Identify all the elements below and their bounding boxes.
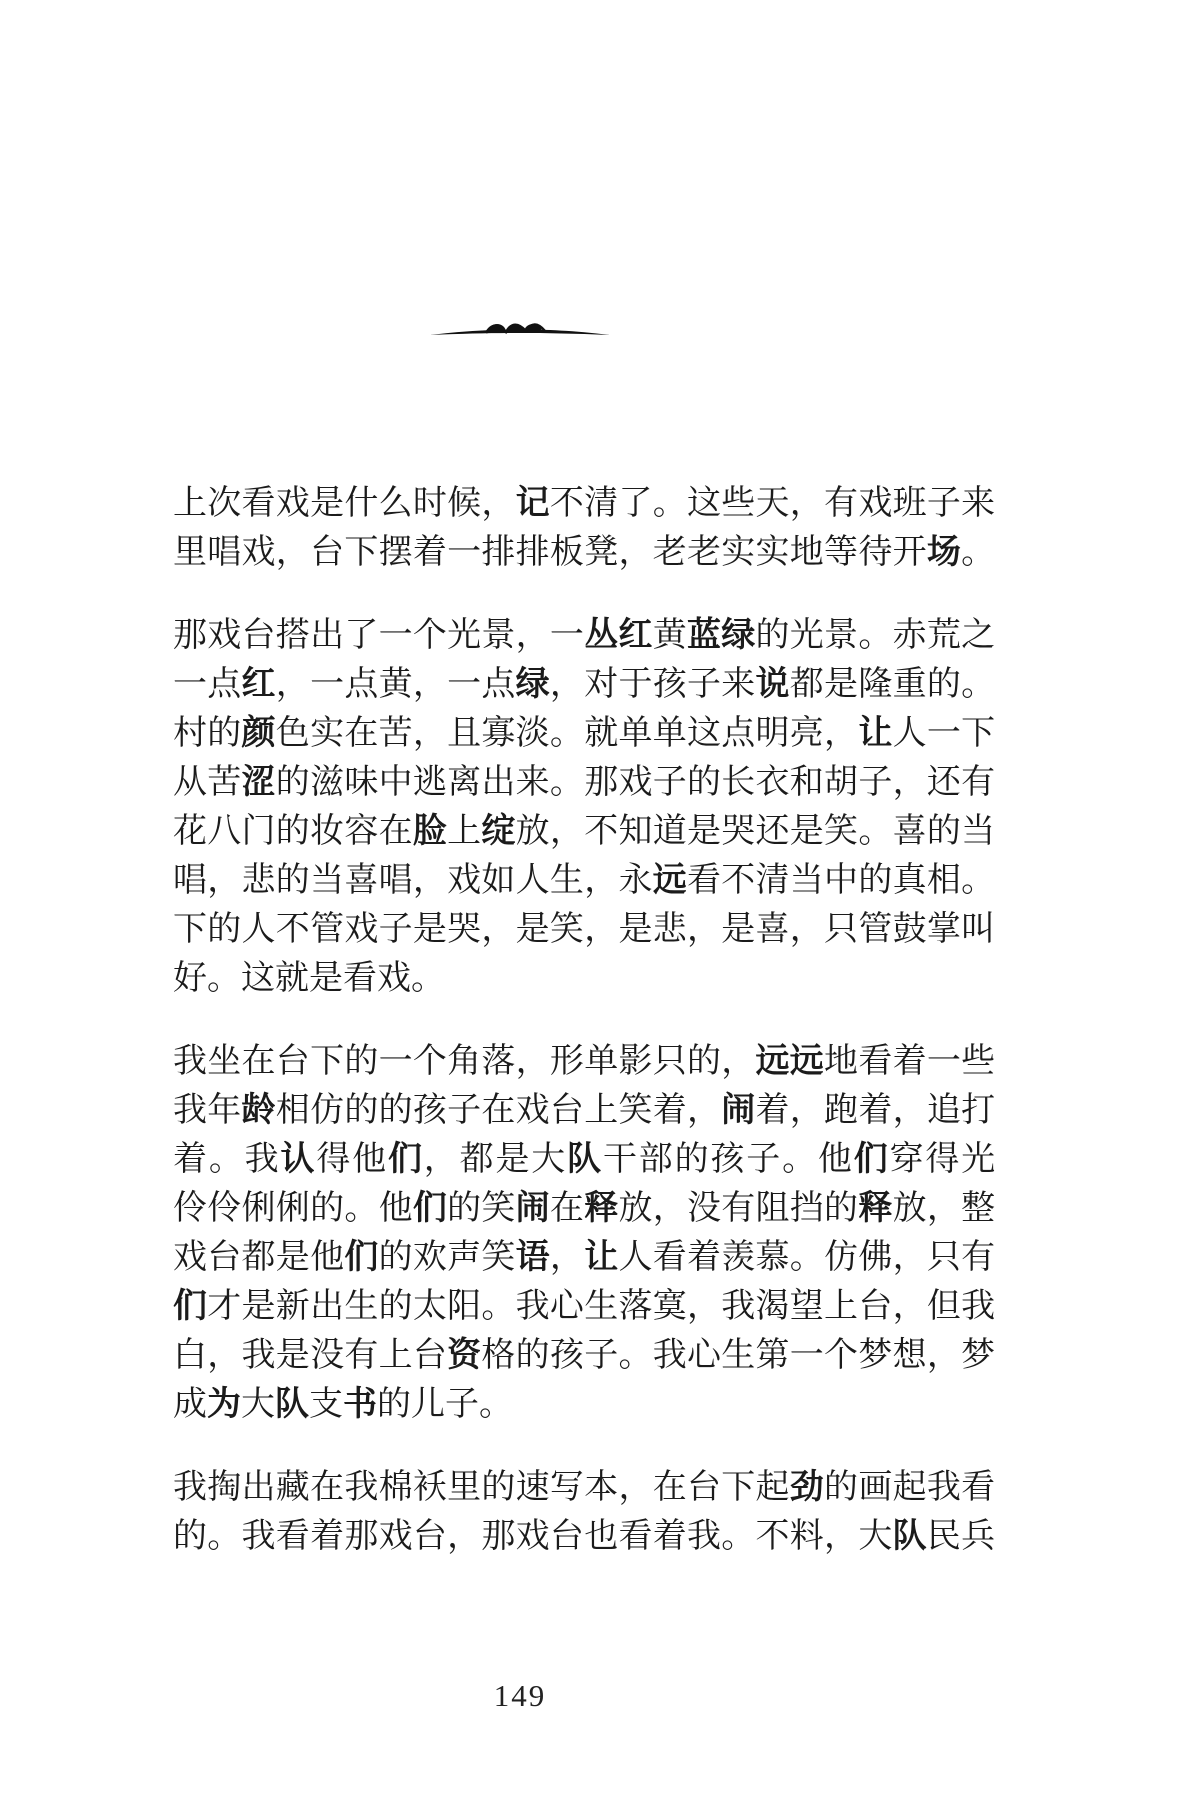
substituted-glyph: 让 xyxy=(858,714,892,752)
substituted-glyph: 颜 xyxy=(242,714,276,752)
substituted-glyph: 闹 xyxy=(516,1189,550,1227)
substituted-glyph: 书 xyxy=(343,1385,377,1423)
text-line: 里唱戏，台下摆着一排排板凳，老老实实地等待开场。 xyxy=(173,528,995,577)
substituted-glyph: 远 xyxy=(653,861,687,899)
paragraph: 我掏出藏在我棉袄里的速写本，在台下起劲的画起我看到的。我看着那戏台，那戏台也看着… xyxy=(173,1463,995,1561)
paragraph: 我坐在台下的一个角落，形单影只的，远远地看着一些与我年龄相仿的的孩子在戏台上笑着… xyxy=(173,1037,995,1429)
substituted-glyph: 劲 xyxy=(790,1468,824,1506)
flourish-icon xyxy=(428,314,612,346)
substituted-glyph: 远 xyxy=(790,1042,824,1080)
substituted-glyph: 涩 xyxy=(242,763,276,801)
paragraph: 上次看戏是什么时候，记不清了。这些天，有戏班子来村里唱戏，台下摆着一排排板凳，老… xyxy=(173,479,995,577)
substituted-glyph: 们 xyxy=(344,1238,378,1276)
text-line: 的。我看着那戏台，那戏台也看着我。不料，大队民兵营 xyxy=(173,1512,995,1561)
book-page: 上次看戏是什么时候，记不清了。这些天，有戏班子来村里唱戏，台下摆着一排排板凳，老… xyxy=(0,0,1200,1800)
substituted-glyph: 资 xyxy=(447,1336,481,1374)
text-line: 好。这就是看戏。 xyxy=(173,954,995,1003)
substituted-glyph: 红 xyxy=(618,616,652,654)
text-line: 村的颜色实在苦，且寡淡。就单单这点明亮，让人一下子 xyxy=(173,709,995,758)
page-number: 149 xyxy=(420,1678,620,1714)
substituted-glyph: 绽 xyxy=(481,812,515,850)
text-line: 一点红，一点黄，一点绿，对于孩子来说都是隆重的。荒 xyxy=(173,660,995,709)
text-line: 们才是新出生的太阳。我心生落寞，我渴望上台，但我明 xyxy=(173,1282,995,1331)
substituted-glyph: 丛 xyxy=(584,616,618,654)
text-line: 我掏出藏在我棉袄里的速写本，在台下起劲的画起我看到 xyxy=(173,1463,995,1512)
text-line: 那戏台搭出了一个光景，一丛红黄蓝绿的光景。赤荒之中 xyxy=(173,611,995,660)
substituted-glyph: 释 xyxy=(858,1189,892,1227)
substituted-glyph: 让 xyxy=(584,1238,618,1276)
substituted-glyph: 说 xyxy=(756,665,790,703)
substituted-glyph: 记 xyxy=(516,484,550,522)
substituted-glyph: 队 xyxy=(567,1140,603,1178)
text-line: 伶伶俐俐的。他们的笑闹在释放，没有阻挡的释放，整个 xyxy=(173,1184,995,1233)
substituted-glyph: 脸 xyxy=(413,812,447,850)
substituted-glyph: 红 xyxy=(242,665,276,703)
text-line: 我坐在台下的一个角落，形单影只的，远远地看着一些与 xyxy=(173,1037,995,1086)
substituted-glyph: 语 xyxy=(516,1238,550,1276)
substituted-glyph: 绿 xyxy=(516,665,550,703)
substituted-glyph: 远 xyxy=(756,1042,790,1080)
body-text: 上次看戏是什么时候，记不清了。这些天，有戏班子来村里唱戏，台下摆着一排排板凳，老… xyxy=(173,479,995,1595)
text-line: 下的人不管戏子是哭，是笑，是悲，是喜，只管鼓掌叫 xyxy=(173,905,995,954)
text-line: 花八门的妆容在脸上绽放，不知道是哭还是笑。喜的当悲 xyxy=(173,807,995,856)
substituted-glyph: 闹 xyxy=(721,1091,755,1129)
substituted-glyph: 们 xyxy=(413,1189,447,1227)
text-line: 从苦涩的滋味中逃离出来。那戏子的长衣和胡子，还有五 xyxy=(173,758,995,807)
substituted-glyph: 队 xyxy=(275,1385,309,1423)
substituted-glyph: 为 xyxy=(207,1385,241,1423)
text-line: 着。我认得他们，都是大队干部的孩子。他们穿得光鲜， xyxy=(173,1135,995,1184)
text-line: 上次看戏是什么时候，记不清了。这些天，有戏班子来村 xyxy=(173,479,995,528)
substituted-glyph: 龄 xyxy=(242,1091,276,1129)
text-line: 我年龄相仿的的孩子在戏台上笑着，闹着，跑着，追打 xyxy=(173,1086,995,1135)
paragraph: 那戏台搭出了一个光景，一丛红黄蓝绿的光景。赤荒之中一点红，一点黄，一点绿，对于孩… xyxy=(173,611,995,1003)
substituted-glyph: 蓝 xyxy=(687,616,721,654)
substituted-glyph: 队 xyxy=(893,1517,927,1555)
substituted-glyph: 们 xyxy=(173,1287,207,1325)
section-divider-ornament xyxy=(428,314,612,346)
substituted-glyph: 绿 xyxy=(721,616,755,654)
text-line: 白，我是没有上台资格的孩子。我心生第一个梦想，梦想 xyxy=(173,1331,995,1380)
substituted-glyph: 释 xyxy=(584,1189,618,1227)
substituted-glyph: 们 xyxy=(388,1140,424,1178)
substituted-glyph: 场 xyxy=(927,533,961,571)
text-line: 戏台都是他们的欢声笑语，让人看着羡慕。仿佛，只有他 xyxy=(173,1233,995,1282)
text-line: 成为大队支书的儿子。 xyxy=(173,1380,995,1429)
substituted-glyph: 认 xyxy=(280,1140,316,1178)
text-line: 唱，悲的当喜唱，戏如人生，永远看不清当中的真相。台 xyxy=(173,856,995,905)
substituted-glyph: 们 xyxy=(854,1140,890,1178)
